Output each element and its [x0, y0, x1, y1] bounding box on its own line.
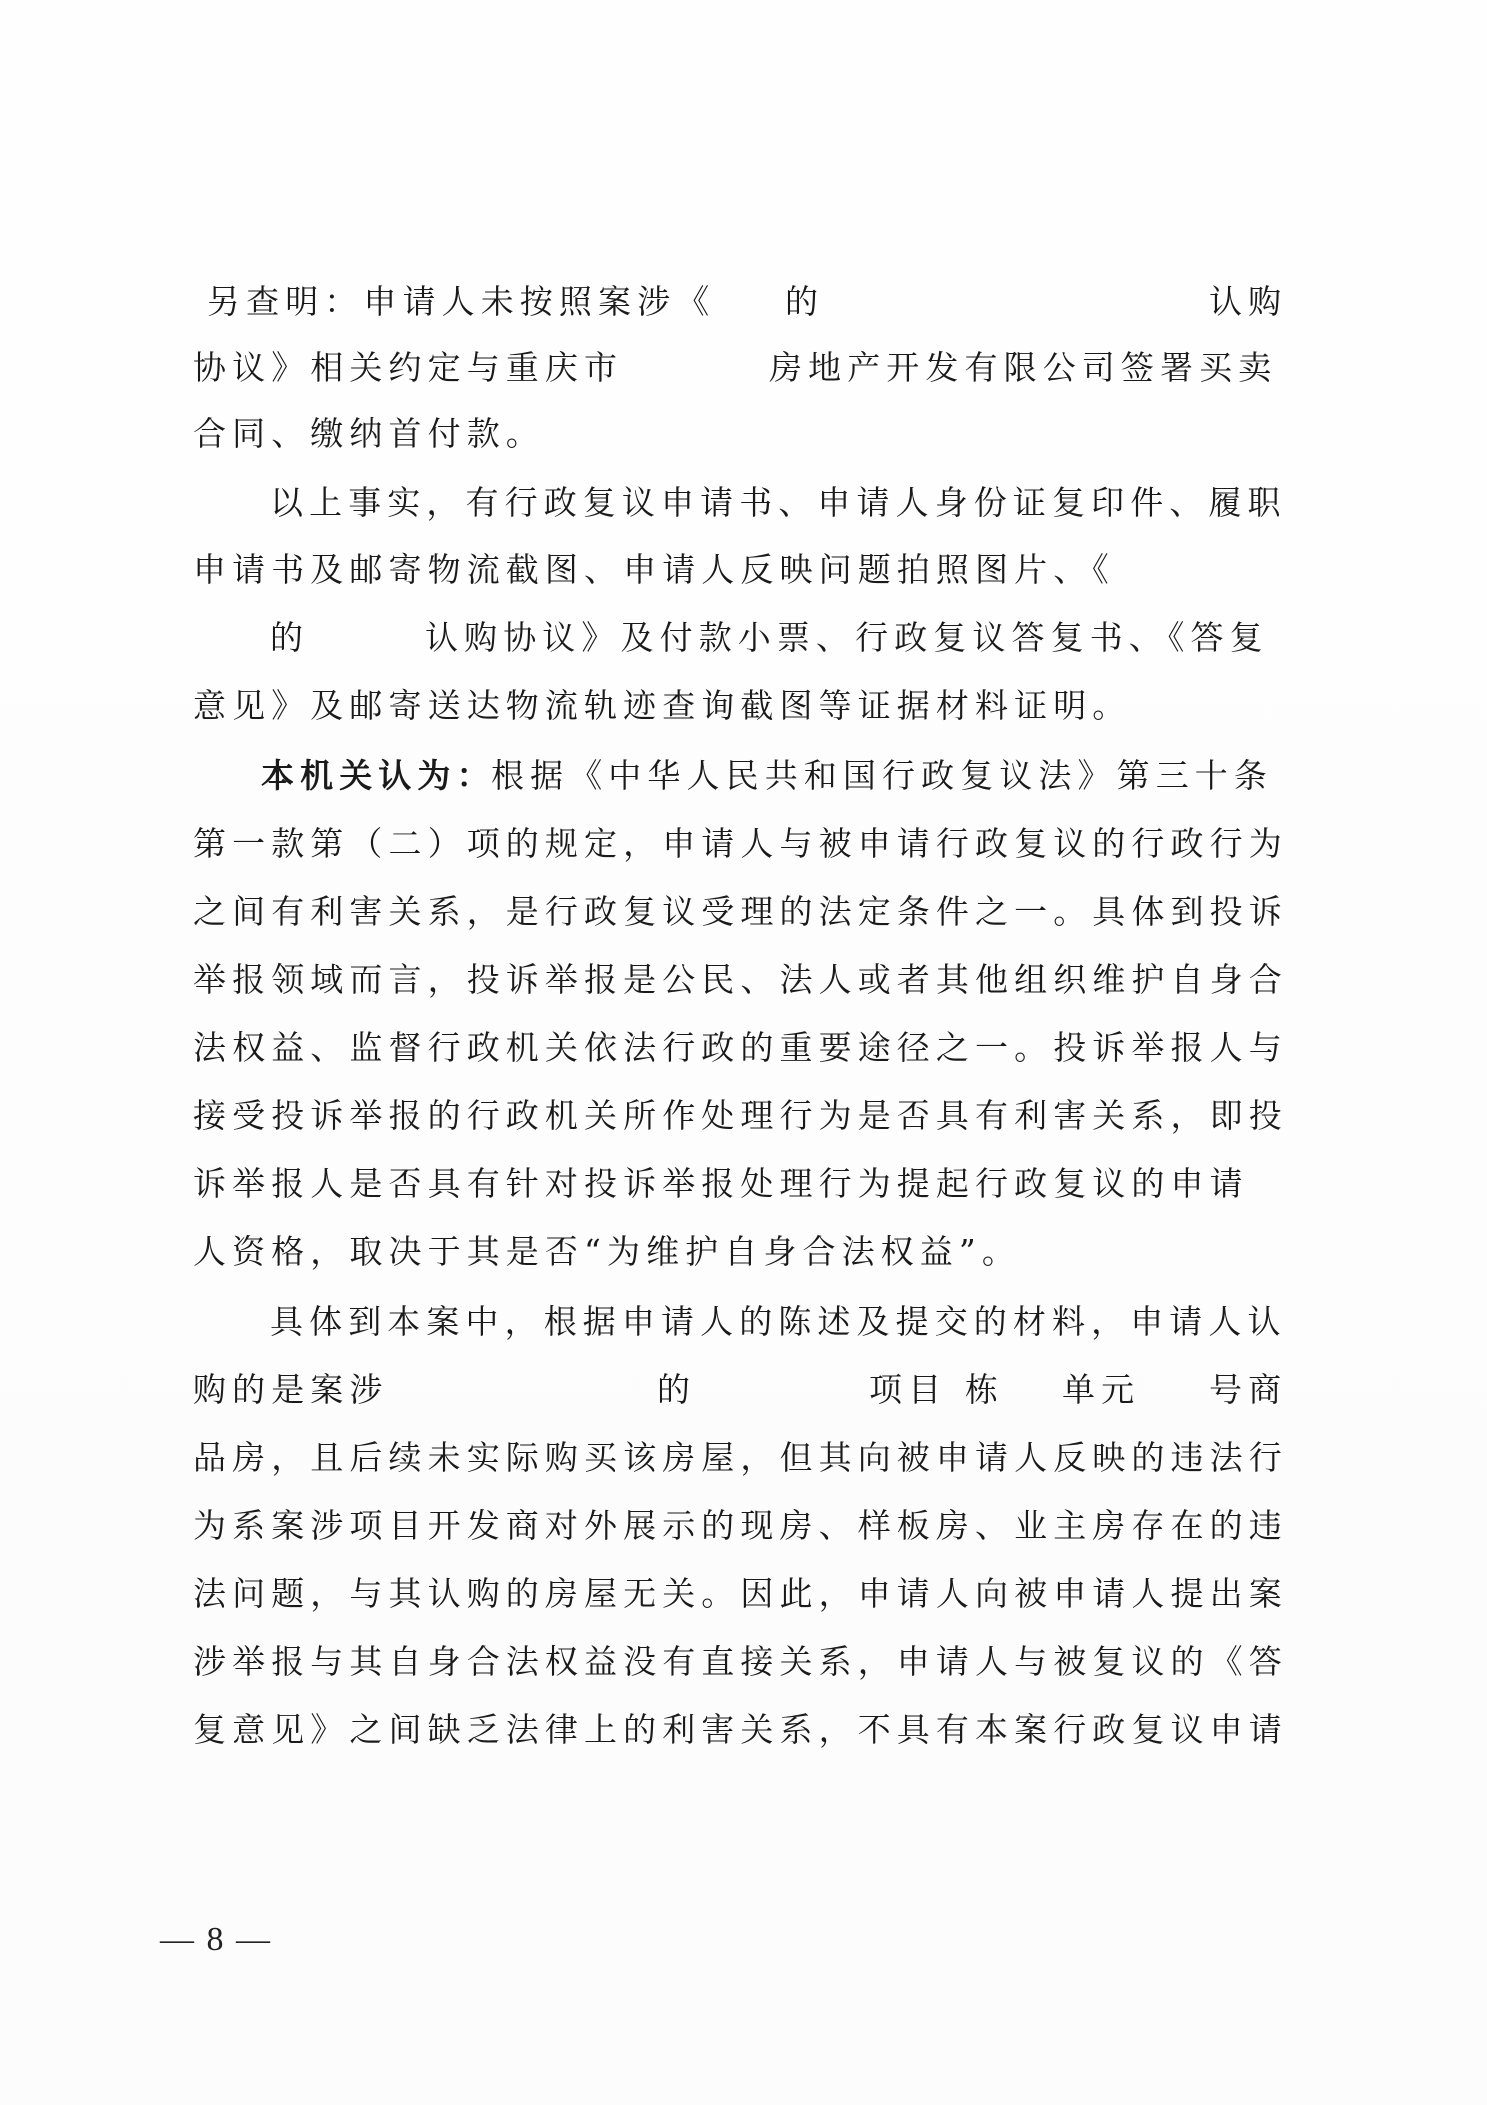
text-segment: 复意见》之间缺乏法律上的利害关系，不具有本案行政复议申请	[193, 1708, 1288, 1752]
text-segment: 的	[657, 1368, 696, 1412]
text-segment: 接受投诉举报的行政机关所作处理行为是否具有利害关系，即投	[193, 1094, 1288, 1138]
text-line: 协议》相关约定与重庆市 房地产开发有限公司签署买卖	[193, 346, 1288, 390]
text-line: 举报领域而言，投诉举报是公民、法人或者其他组织维护自身合	[193, 958, 1288, 1002]
text-line: 申请书及邮寄物流截图、申请人反映问题拍照图片、《	[193, 548, 1288, 592]
text-line: 法权益、监督行政机关依法行政的重要途径之一。投诉举报人与	[193, 1026, 1288, 1070]
text-segment: 合同、缴纳首付款。	[193, 412, 545, 456]
text-segment: 房地产开发有限公司签署买卖	[769, 346, 1277, 390]
text-segment: 法问题，与其认购的房屋无关。因此，申请人向被申请人提出案	[193, 1572, 1288, 1616]
text-line: 意见》及邮寄送达物流轨迹查询截图等证据材料证明。	[193, 684, 1288, 728]
text-line: 人资格，取决于其是否“为维护自身合法权益”。	[193, 1230, 1288, 1274]
text-line: 涉举报与其自身合法权益没有直接关系，申请人与被复议的《答	[193, 1640, 1288, 1684]
text-segment: 购的是案涉	[193, 1368, 389, 1412]
text-line: 以上事实，有行政复议申请书、申请人身份证复印件、履职	[193, 481, 1288, 525]
text-segment: 单元	[1062, 1368, 1140, 1412]
text-segment: 另查明：申请人未按照案涉《	[207, 280, 715, 324]
text-segment: 认购协议》及付款小票、行政复议答复书、《答复	[425, 616, 1269, 660]
text-segment: 具体到本案中，根据申请人的陈述及提交的材料，申请人认	[270, 1300, 1287, 1344]
text-segment: 项目	[869, 1368, 947, 1412]
text-line: 另查明：申请人未按照案涉《 的 认购	[193, 280, 1288, 324]
text-segment: 协议》相关约定与重庆市	[193, 346, 623, 390]
document-page: 另查明：申请人未按照案涉《 的 认购 协议》相关约定与重庆市 房地产开发有限公司…	[0, 0, 1487, 2105]
text-segment: 人资格，取决于其是否“为维护自身合法权益”。	[193, 1230, 1021, 1274]
text-segment: 的	[785, 280, 824, 324]
text-segment: 品房，且后续未实际购买该房屋，但其向被申请人反映的违法行	[193, 1436, 1288, 1480]
text-segment: 以上事实，有行政复议申请书、申请人身份证复印件、履职	[270, 481, 1287, 525]
text-line: 购的是案涉 的 项目 栋 单元 号商	[193, 1368, 1288, 1412]
text-segment: 为系案涉项目开发商对外展示的现房、样板房、业主房存在的违	[193, 1504, 1288, 1548]
text-segment: 栋	[965, 1368, 1004, 1412]
text-segment: 涉举报与其自身合法权益没有直接关系，申请人与被复议的《答	[193, 1640, 1288, 1684]
text-segment: 意见》及邮寄送达物流轨迹查询截图等证据材料证明。	[193, 684, 1131, 728]
text-line: 第一款第（二）项的规定，申请人与被申请行政复议的行政行为	[193, 822, 1288, 866]
text-line: 接受投诉举报的行政机关所作处理行为是否具有利害关系，即投	[193, 1094, 1288, 1138]
text-line: 复意见》之间缺乏法律上的利害关系，不具有本案行政复议申请	[193, 1708, 1288, 1752]
text-segment: 第一款第（二）项的规定，申请人与被申请行政复议的行政行为	[193, 822, 1288, 866]
text-line: 为系案涉项目开发商对外展示的现房、样板房、业主房存在的违	[193, 1504, 1288, 1548]
text-line: 品房，且后续未实际购买该房屋，但其向被申请人反映的违法行	[193, 1436, 1288, 1480]
text-line: 本机关认为： 根据《中华人民共和国行政复议法》第三十条	[193, 754, 1288, 798]
text-segment: 诉举报人是否具有针对投诉举报处理行为提起行政复议的申请	[193, 1162, 1249, 1206]
text-segment: 申请书及邮寄物流截图、申请人反映问题拍照图片、《	[193, 548, 1115, 592]
text-segment: 举报领域而言，投诉举报是公民、法人或者其他组织维护自身合	[193, 958, 1288, 1002]
text-line: 之间有利害关系，是行政复议受理的法定条件之一。具体到投诉	[193, 890, 1288, 934]
text-segment: 法权益、监督行政机关依法行政的重要途径之一。投诉举报人与	[193, 1026, 1288, 1070]
text-line: 合同、缴纳首付款。	[193, 412, 1288, 456]
text-segment: 号商	[1209, 1368, 1287, 1412]
text-line: 的 认购协议》及付款小票、行政复议答复书、《答复	[193, 616, 1288, 660]
text-line: 具体到本案中，根据申请人的陈述及提交的材料，申请人认	[193, 1300, 1288, 1344]
text-segment: 的	[270, 616, 309, 660]
text-segment: 之间有利害关系，是行政复议受理的法定条件之一。具体到投诉	[193, 890, 1288, 934]
text-segment: 认购	[1209, 280, 1287, 324]
text-line: 法问题，与其认购的房屋无关。因此，申请人向被申请人提出案	[193, 1572, 1288, 1616]
page-number: — 8 —	[160, 1918, 272, 1962]
opinion-lead-heading: 本机关认为：	[261, 754, 496, 798]
text-segment: 根据《中华人民共和国行政复议法》第三十条	[491, 754, 1273, 798]
text-line: 诉举报人是否具有针对投诉举报处理行为提起行政复议的申请	[193, 1162, 1288, 1206]
